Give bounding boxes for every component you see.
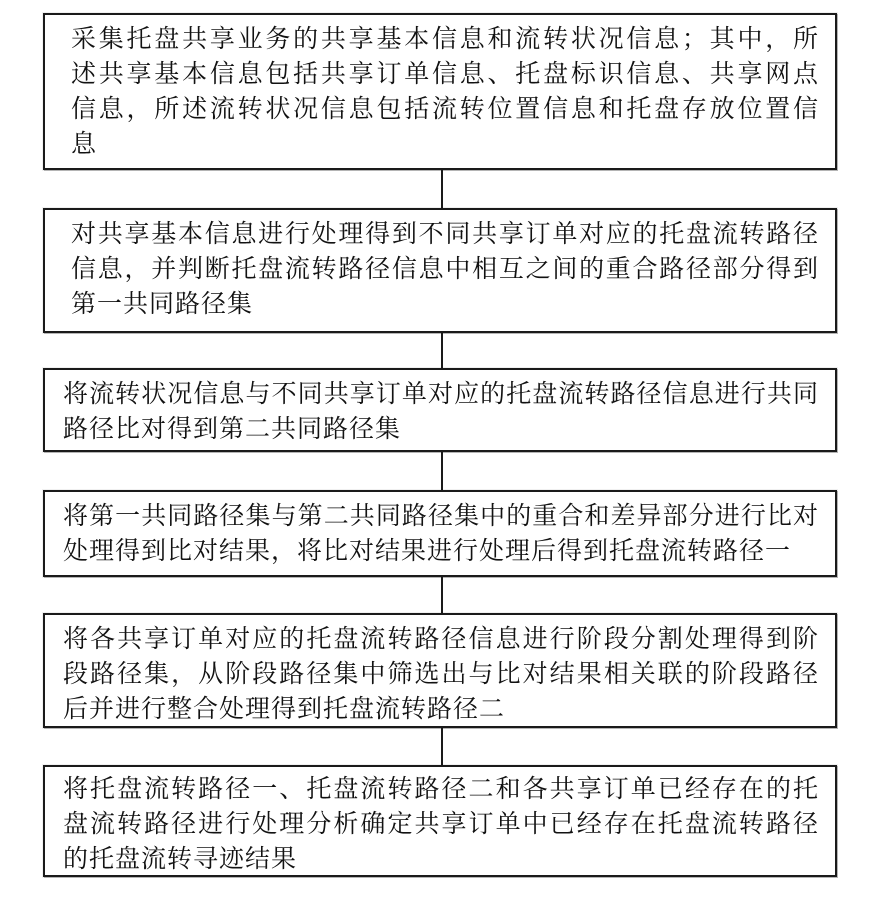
flow-step-2-line-2: 信息，并判断托盘流转路径信息中相互之间的重合路径部分得到	[71, 252, 819, 287]
flow-step-3-line-2: 路径比对得到第二共同路径集	[63, 412, 819, 447]
flow-step-1-line-2: 述共享基本信息包括共享订单信息、托盘标识信息、共享网点	[71, 57, 819, 92]
flow-step-6: 将托盘流转路径一、托盘流转路径二和各共享订单已经存在的托 盘流转路径进行处理分析…	[43, 765, 837, 877]
connector-line-2	[441, 333, 443, 368]
flow-step-3: 将流转状况信息与不同共享订单对应的托盘流转路径信息进行共同 路径比对得到第二共同…	[43, 368, 837, 452]
flow-step-6-line-2: 盘流转路径进行处理分析确定共享订单中已经存在托盘流转路径	[63, 807, 819, 842]
flow-step-2-line-3: 第一共同路径集	[71, 287, 819, 322]
flow-step-1-line-3: 信息，所述流转状况信息包括流转位置信息和托盘存放位置信	[71, 92, 819, 127]
flow-step-4-line-2: 处理得到比对结果，将比对结果进行处理后得到托盘流转路径一	[63, 534, 819, 569]
flow-step-1: 采集托盘共享业务的共享基本信息和流转状况信息；其中，所 述共享基本信息包括共享订…	[43, 13, 837, 170]
connector-line-5	[441, 728, 443, 765]
flow-step-5-line-3: 后并进行整合处理得到托盘流转路径二	[63, 692, 819, 727]
flow-step-5: 将各共享订单对应的托盘流转路径信息进行阶段分割处理得到阶 段路径集，从阶段路径集…	[43, 613, 837, 728]
flow-step-3-line-1: 将流转状况信息与不同共享订单对应的托盘流转路径信息进行共同	[63, 377, 819, 412]
flow-step-2-line-1: 对共享基本信息进行处理得到不同共享订单对应的托盘流转路径	[71, 217, 819, 252]
connector-line-3	[441, 452, 443, 490]
flow-step-1-line-1: 采集托盘共享业务的共享基本信息和流转状况信息；其中，所	[71, 22, 819, 57]
flow-step-4-line-1: 将第一共同路径集与第二共同路径集中的重合和差异部分进行比对	[63, 499, 819, 534]
flow-step-4: 将第一共同路径集与第二共同路径集中的重合和差异部分进行比对 处理得到比对结果，将…	[43, 490, 837, 577]
flowchart-canvas: 采集托盘共享业务的共享基本信息和流转状况信息；其中，所 述共享基本信息包括共享订…	[0, 0, 880, 903]
flow-step-5-line-2: 段路径集，从阶段路径集中筛选出与比对结果相关联的阶段路径	[63, 657, 819, 692]
connector-line-1	[441, 170, 443, 208]
flow-step-6-line-1: 将托盘流转路径一、托盘流转路径二和各共享订单已经存在的托	[63, 772, 819, 807]
flow-step-1-line-4: 息	[71, 127, 819, 162]
flow-step-2: 对共享基本信息进行处理得到不同共享订单对应的托盘流转路径 信息，并判断托盘流转路…	[43, 208, 837, 333]
connector-line-4	[441, 577, 443, 613]
flow-step-5-line-1: 将各共享订单对应的托盘流转路径信息进行阶段分割处理得到阶	[63, 622, 819, 657]
flow-step-6-line-3: 的托盘流转寻迹结果	[63, 842, 819, 877]
